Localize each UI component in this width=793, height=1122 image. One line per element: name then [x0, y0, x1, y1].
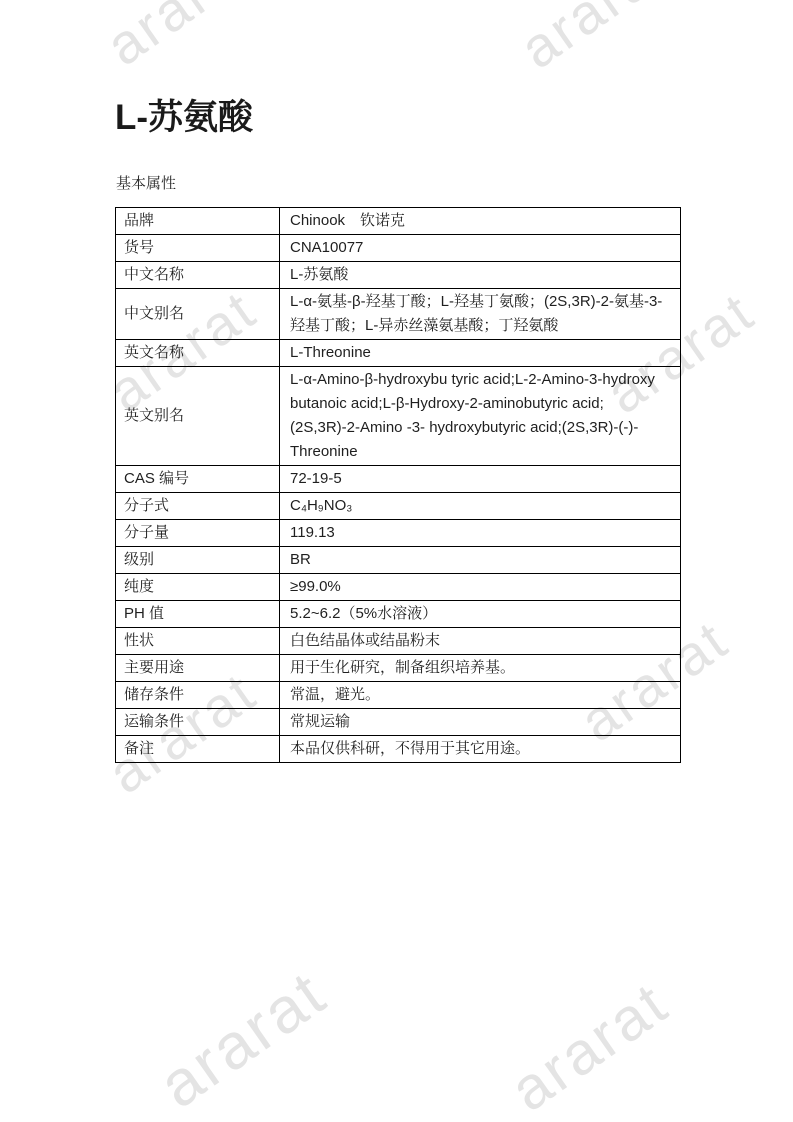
- document-page: ararat ararat ararat ararat ararat arara…: [0, 0, 793, 1122]
- table-row-transport-conditions: 运输条件 常规运输: [116, 709, 681, 736]
- property-value: BR: [280, 547, 681, 574]
- table-row-appearance: 性状 白色结晶体或结晶粉末: [116, 628, 681, 655]
- page-title: L-苏氨酸: [115, 96, 253, 140]
- table-row-remarks: 备注 本品仅供科研，不得用于其它用途。: [116, 736, 681, 763]
- property-label: 性状: [116, 628, 280, 655]
- table-row-item-number: 货号 CNA10077: [116, 235, 681, 262]
- property-label: PH 值: [116, 601, 280, 628]
- property-label: 纯度: [116, 574, 280, 601]
- property-label: 中文别名: [116, 289, 280, 340]
- property-value: 白色结晶体或结晶粉末: [280, 628, 681, 655]
- table-row-cas-number: CAS 编号 72-19-5: [116, 466, 681, 493]
- properties-table: 品牌 Chinook 钦诺克 货号 CNA10077 中文名称 L-苏氨酸 中文…: [115, 207, 681, 763]
- property-value: ≥99.0%: [280, 574, 681, 601]
- table-row-chinese-aliases: 中文别名 L-α-氨基-β-羟基丁酸；L-羟基丁氨酸；(2S,3R)-2-氨基-…: [116, 289, 681, 340]
- property-label: 级别: [116, 547, 280, 574]
- watermark-text: ararat: [146, 956, 340, 1122]
- table-row-main-use: 主要用途 用于生化研究，制备组织培养基。: [116, 655, 681, 682]
- property-label: 主要用途: [116, 655, 280, 682]
- property-value: L-Threonine: [280, 340, 681, 367]
- property-label: 备注: [116, 736, 280, 763]
- property-label: 品牌: [116, 208, 280, 235]
- table-row-purity: 纯度 ≥99.0%: [116, 574, 681, 601]
- property-value: 72-19-5: [280, 466, 681, 493]
- property-value: 用于生化研究，制备组织培养基。: [280, 655, 681, 682]
- table-row-ph: PH 值 5.2~6.2（5%水溶液）: [116, 601, 681, 628]
- table-row-english-aliases: 英文别名 L-α-Amino-β-hydroxybu tyric acid;L-…: [116, 367, 681, 466]
- table-row-molecular-formula: 分子式 C₄H₉NO₃: [116, 493, 681, 520]
- property-value: L-α-氨基-β-羟基丁酸；L-羟基丁氨酸；(2S,3R)-2-氨基-3-羟基丁…: [280, 289, 681, 340]
- table-row-storage-conditions: 储存条件 常温，避光。: [116, 682, 681, 709]
- property-label: 中文名称: [116, 262, 280, 289]
- table-row-english-name: 英文名称 L-Threonine: [116, 340, 681, 367]
- table-row-molecular-weight: 分子量 119.13: [116, 520, 681, 547]
- property-value: L-α-Amino-β-hydroxybu tyric acid;L-2-Ami…: [280, 367, 681, 466]
- property-value: 常温，避光。: [280, 682, 681, 709]
- property-value: 119.13: [280, 520, 681, 547]
- property-label: 运输条件: [116, 709, 280, 736]
- table-row-brand: 品牌 Chinook 钦诺克: [116, 208, 681, 235]
- watermark-text: ararat: [94, 0, 266, 78]
- property-label: CAS 编号: [116, 466, 280, 493]
- property-value: 5.2~6.2（5%水溶液）: [280, 601, 681, 628]
- property-label: 货号: [116, 235, 280, 262]
- section-title: 基本属性: [116, 172, 176, 193]
- property-value: CNA10077: [280, 235, 681, 262]
- property-value: L-苏氨酸: [280, 262, 681, 289]
- property-label: 储存条件: [116, 682, 280, 709]
- property-label: 分子量: [116, 520, 280, 547]
- watermark-text: ararat: [498, 968, 681, 1122]
- property-label: 分子式: [116, 493, 280, 520]
- property-label: 英文别名: [116, 367, 280, 466]
- table-row-grade: 级别 BR: [116, 547, 681, 574]
- property-value: 常规运输: [280, 709, 681, 736]
- property-label: 英文名称: [116, 340, 280, 367]
- table-row-chinese-name: 中文名称 L-苏氨酸: [116, 262, 681, 289]
- watermark-text: ararat: [508, 0, 680, 81]
- property-value: 本品仅供科研，不得用于其它用途。: [280, 736, 681, 763]
- property-value: Chinook 钦诺克: [280, 208, 681, 235]
- property-value: C₄H₉NO₃: [280, 493, 681, 520]
